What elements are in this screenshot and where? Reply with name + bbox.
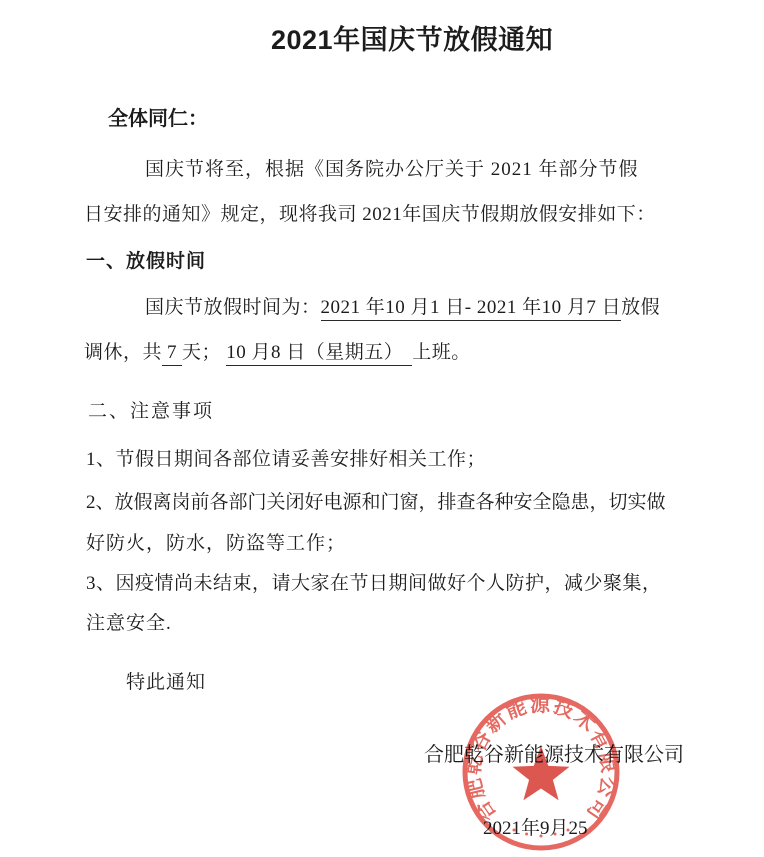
holiday-line2-seg3: 上班。 <box>412 342 471 363</box>
note-item-1: 1、节假日期间各部位请妥善安排好相关工作； <box>86 448 486 473</box>
signature-date: 2021年9月25 <box>483 817 588 842</box>
section2-heading: 二、注意事项 <box>88 400 214 425</box>
note-item-2-line-1: 2、放假离岗前各部门关闭好电源和门窗，排查各种安全隐患，切实做 <box>86 491 666 516</box>
holiday-line1-suffix: 放假 <box>621 297 660 318</box>
holiday-line2-seg1: 调休，共 <box>84 342 162 363</box>
salutation: 全体同仁： <box>108 106 208 132</box>
holiday-dates-line-1: 国庆节放假时间为：2021 年10 月1 日- 2021 年10 月7 日放假 <box>145 296 660 321</box>
document-title: 2021年国庆节放假通知 <box>271 18 553 57</box>
note-item-2-line-2: 好防火，防水，防盗等工作； <box>86 532 346 557</box>
closing-phrase: 特此通知 <box>126 671 206 696</box>
section1-heading: 一、放假时间 <box>86 250 206 275</box>
note-item-3-line-2: 注意安全. <box>86 612 172 637</box>
holiday-date-range-underlined: 2021 年10 月1 日- 2021 年10 月7 日 <box>321 297 622 321</box>
company-signature: 合肥乾谷新能源技术有限公司 <box>424 742 684 768</box>
intro-line-2: 日安排的通知》规定，现将我司 2021年国庆节假期放假安排如下： <box>84 203 656 228</box>
holiday-line1-prefix: 国庆节放假时间为： <box>145 297 321 318</box>
holiday-dates-line-2: 调休，共7天； 10 月8 日（星期五）上班。 <box>84 341 471 366</box>
notice-document: 2021年国庆节放假通知 全体同仁： 国庆节将至，根据《国务院办公厅关于 202… <box>0 0 764 857</box>
note-item-3-line-1: 3、因疫情尚未结束，请大家在节日期间做好个人防护，减少聚集， <box>86 572 662 597</box>
holiday-days-count-underlined: 7 <box>162 342 182 366</box>
holiday-line2-seg2: 天； <box>182 342 221 363</box>
intro-line-1: 国庆节将至，根据《国务院办公厅关于 2021 年部分节假 <box>145 158 639 183</box>
return-to-work-date-underlined: 10 月8 日（星期五） <box>226 342 412 366</box>
